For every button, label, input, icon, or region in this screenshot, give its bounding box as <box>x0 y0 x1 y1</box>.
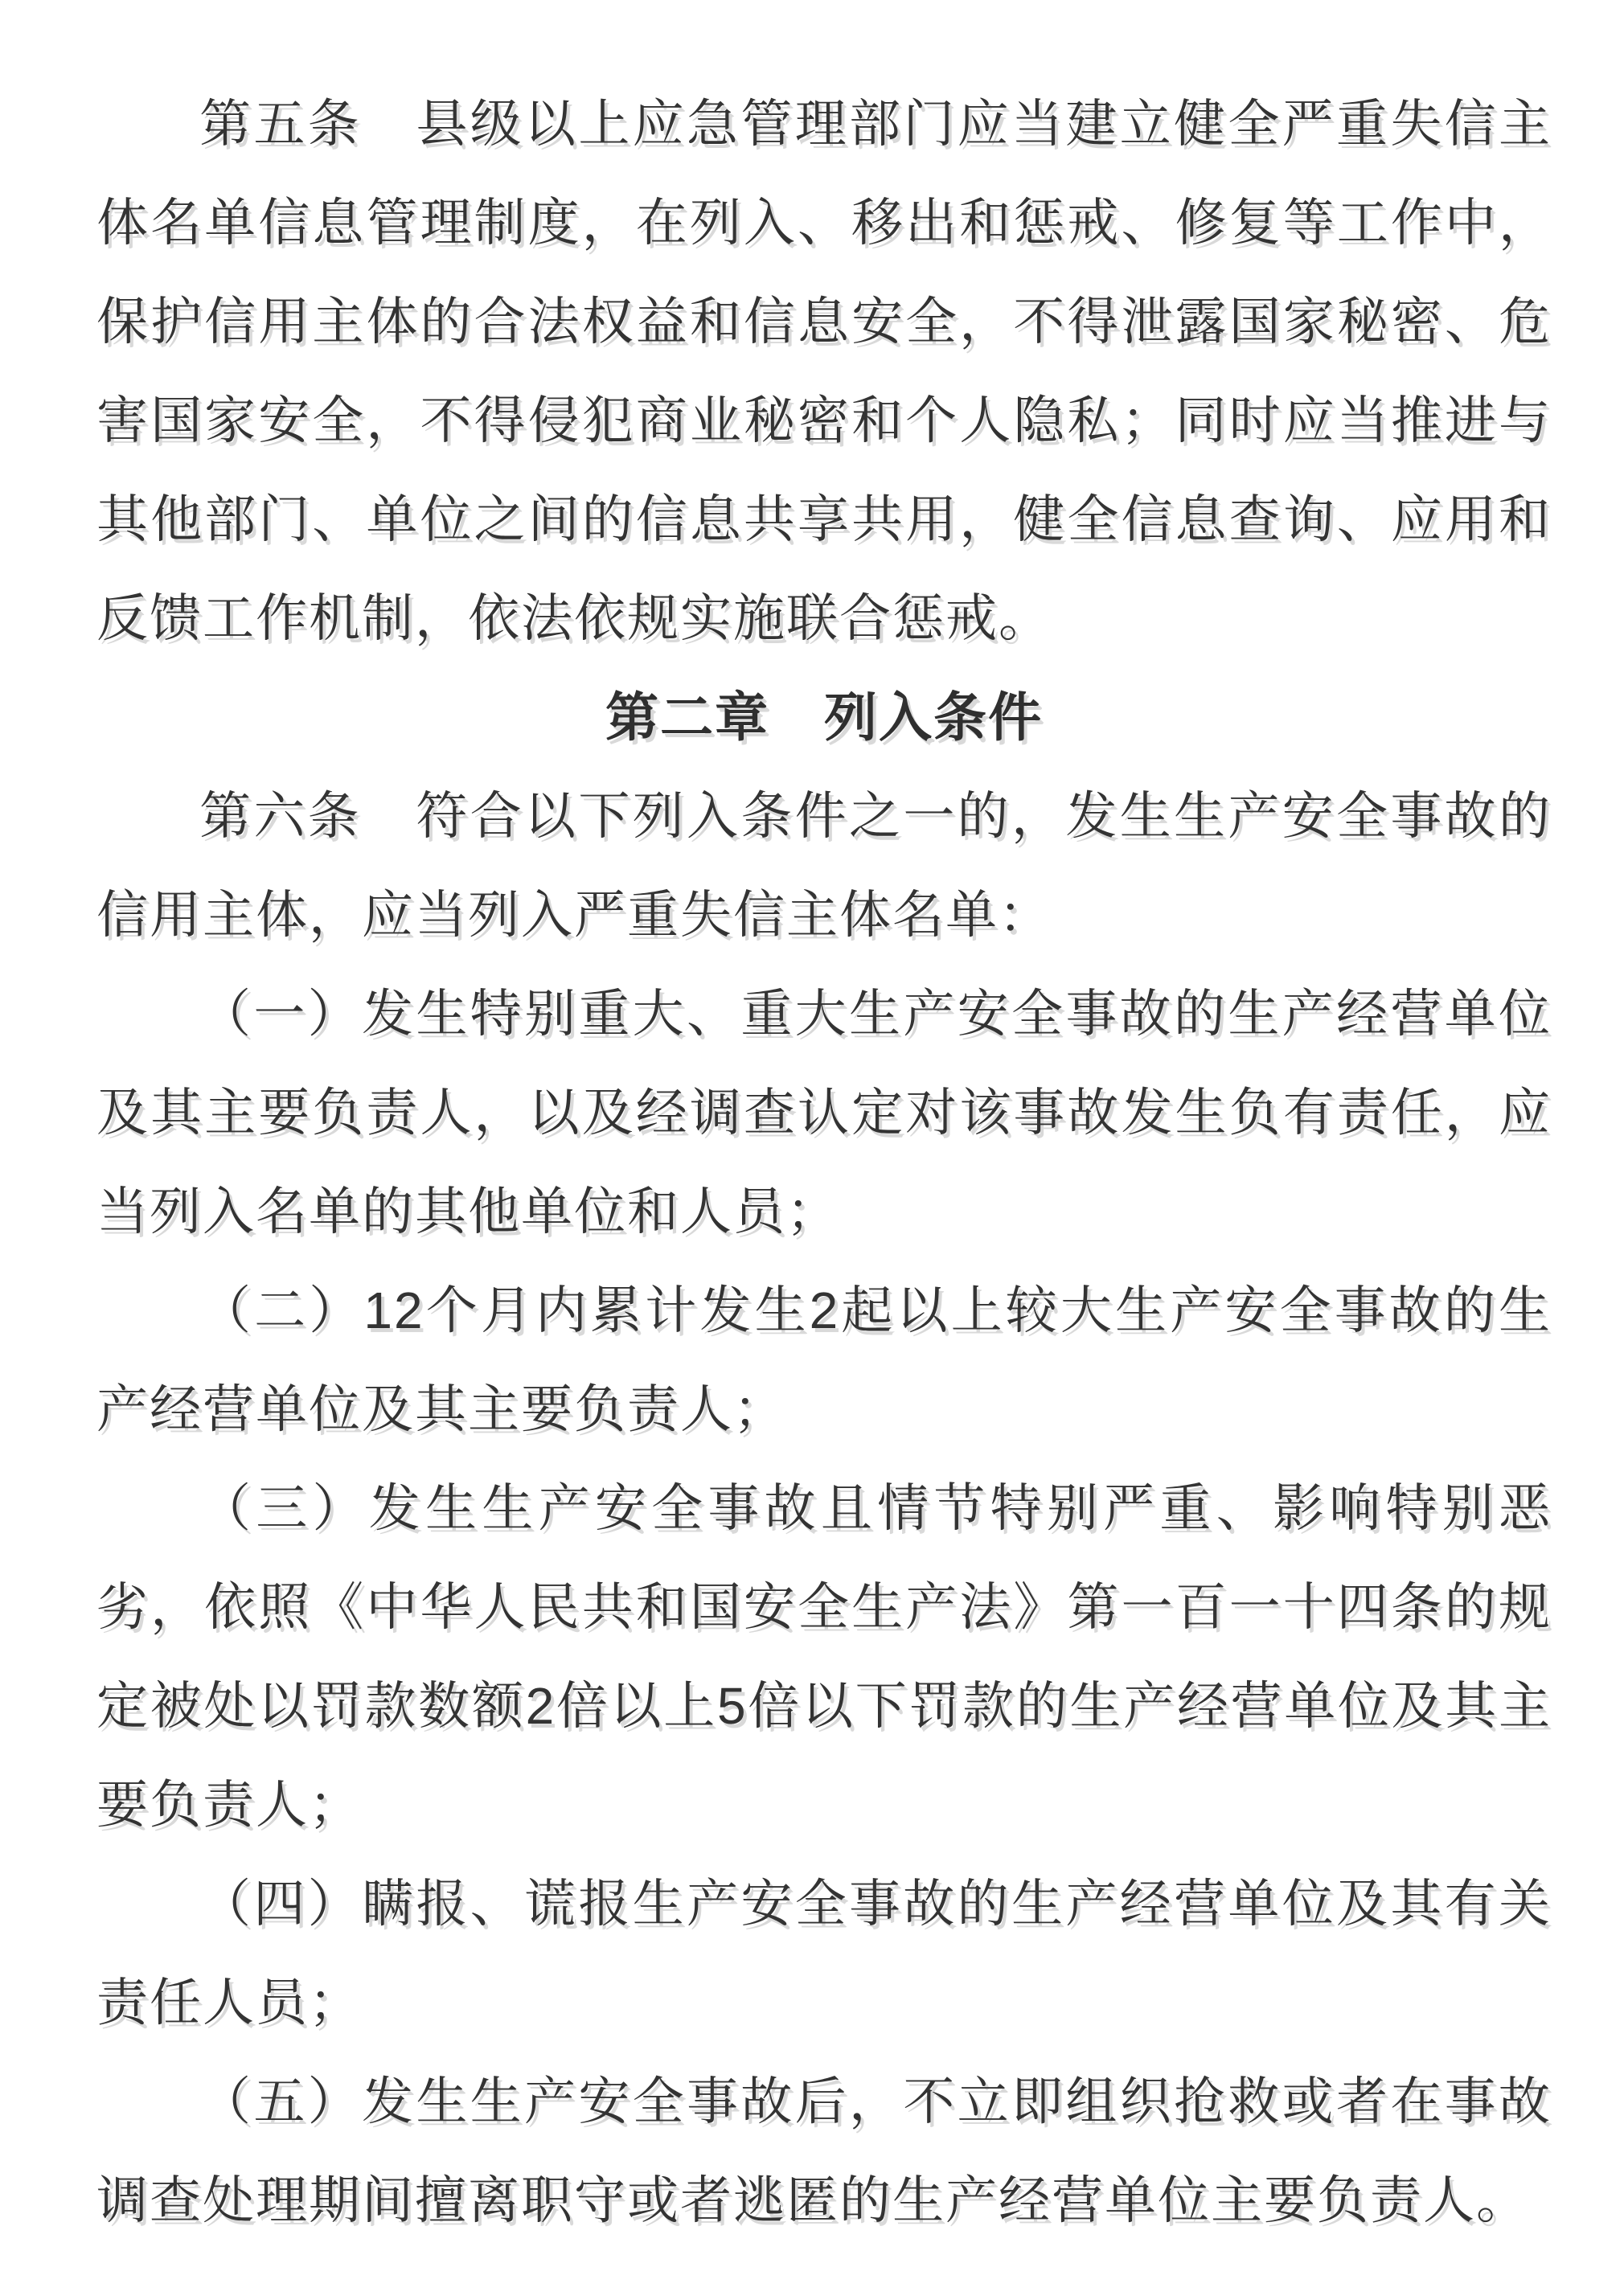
article-6-item-5: （五）发生生产安全事故后，不立即组织抢救或者在事故调查处理期间擅离职守或者逃匿的… <box>96 2052 1552 2250</box>
chapter-2-heading: 第二章 列入条件 <box>96 668 1552 767</box>
article-6-item-1: （一）发生特别重大、重大生产安全事故的生产经营单位及其主要负责人，以及经调查认定… <box>96 965 1552 1261</box>
article-6-item-2: （二）12个月内累计发生2起以上较大生产安全事故的生产经营单位及其主要负责人； <box>96 1261 1552 1459</box>
article-6-item-4: （四）瞒报、谎报生产安全事故的生产经营单位及其有关责任人员； <box>96 1855 1552 2052</box>
article-5-paragraph: 第五条 县级以上应急管理部门应当建立健全严重失信主体名单信息管理制度，在列入、移… <box>96 75 1552 668</box>
article-6-intro-paragraph: 第六条 符合以下列入条件之一的，发生生产安全事故的信用主体，应当列入严重失信主体… <box>96 767 1552 965</box>
document-page: 第五条 县级以上应急管理部门应当建立健全严重失信主体名单信息管理制度，在列入、移… <box>0 0 1624 2296</box>
article-6-item-3: （三）发生生产安全事故且情节特别严重、影响特别恶劣，依照《中华人民共和国安全生产… <box>96 1459 1552 1855</box>
